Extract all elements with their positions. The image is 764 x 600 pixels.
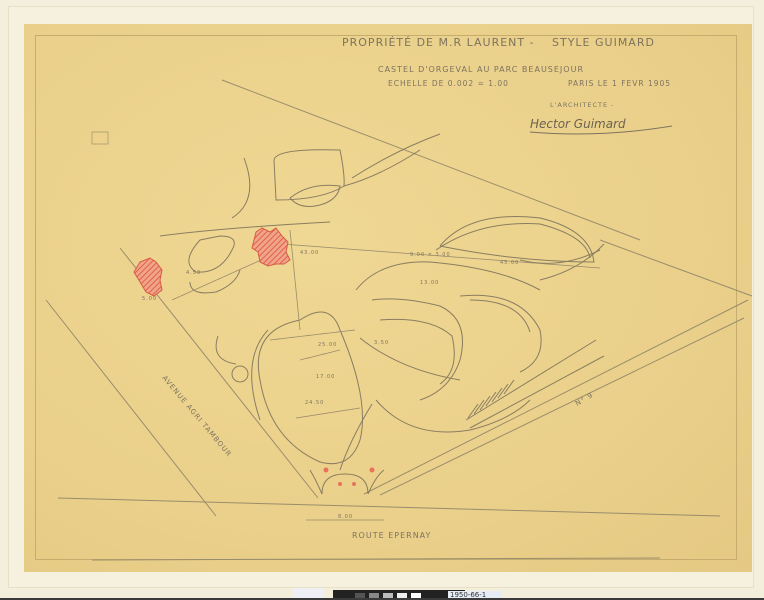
buildings xyxy=(134,228,375,486)
label-avenue: AVENUE AGRI TAMBOUR xyxy=(160,374,233,458)
garden-paths xyxy=(92,132,604,494)
svg-text:3.50: 3.50 xyxy=(374,340,389,346)
architect-label: L'ARCHITECTE - xyxy=(550,101,615,109)
svg-text:17.00: 17.00 xyxy=(316,374,335,380)
label-lot-number: N° 9 xyxy=(574,391,595,408)
title-scale: ECHELLE DE 0.002 = 1.00 xyxy=(388,79,509,88)
museum-mount: PROPRIÉTÉ DE M.R LAURENT - STYLE GUIMARD… xyxy=(0,0,764,600)
title-block: PROPRIÉTÉ DE M.R LAURENT - STYLE GUIMARD… xyxy=(342,36,672,134)
dimension-lines xyxy=(172,230,600,520)
gate-post-right xyxy=(370,468,375,473)
svg-text:13.00: 13.00 xyxy=(420,280,439,286)
scan-target-strip xyxy=(293,588,323,598)
title-site: CASTEL D'ORGEVAL AU PARC BEAUSEJOUR xyxy=(378,65,584,74)
gate-post-left xyxy=(324,468,329,473)
svg-text:9.00 × 3.00: 9.00 × 3.00 xyxy=(410,252,451,258)
svg-text:8.00: 8.00 xyxy=(338,514,353,520)
gate-pier-left xyxy=(338,482,342,486)
svg-text:43.00: 43.00 xyxy=(300,250,319,256)
label-route-epernay: ROUTE EPERNAY xyxy=(352,531,431,540)
svg-text:5.00: 5.00 xyxy=(142,296,157,302)
title-style: STYLE GUIMARD xyxy=(552,36,655,49)
svg-text:4.50: 4.50 xyxy=(186,270,201,276)
site-plan-drawing: PROPRIÉTÉ DE M.R LAURENT - STYLE GUIMARD… xyxy=(0,0,764,600)
architect-signature: Hector Guimard xyxy=(530,117,626,131)
gate-pier-right xyxy=(352,482,356,486)
svg-text:24.50: 24.50 xyxy=(305,400,324,406)
title-owner: PROPRIÉTÉ DE M.R LAURENT - xyxy=(342,36,535,49)
title-place-date: PARIS LE 1 FEVR 1905 xyxy=(568,79,671,88)
main-house-footprint xyxy=(252,228,290,266)
svg-text:45.00: 45.00 xyxy=(500,260,519,266)
lodge-footprint xyxy=(134,258,162,296)
svg-text:25.00: 25.00 xyxy=(318,342,337,348)
dimension-labels: 45.00 43.00 25.00 24.50 17.00 13.00 8.00… xyxy=(142,250,519,520)
